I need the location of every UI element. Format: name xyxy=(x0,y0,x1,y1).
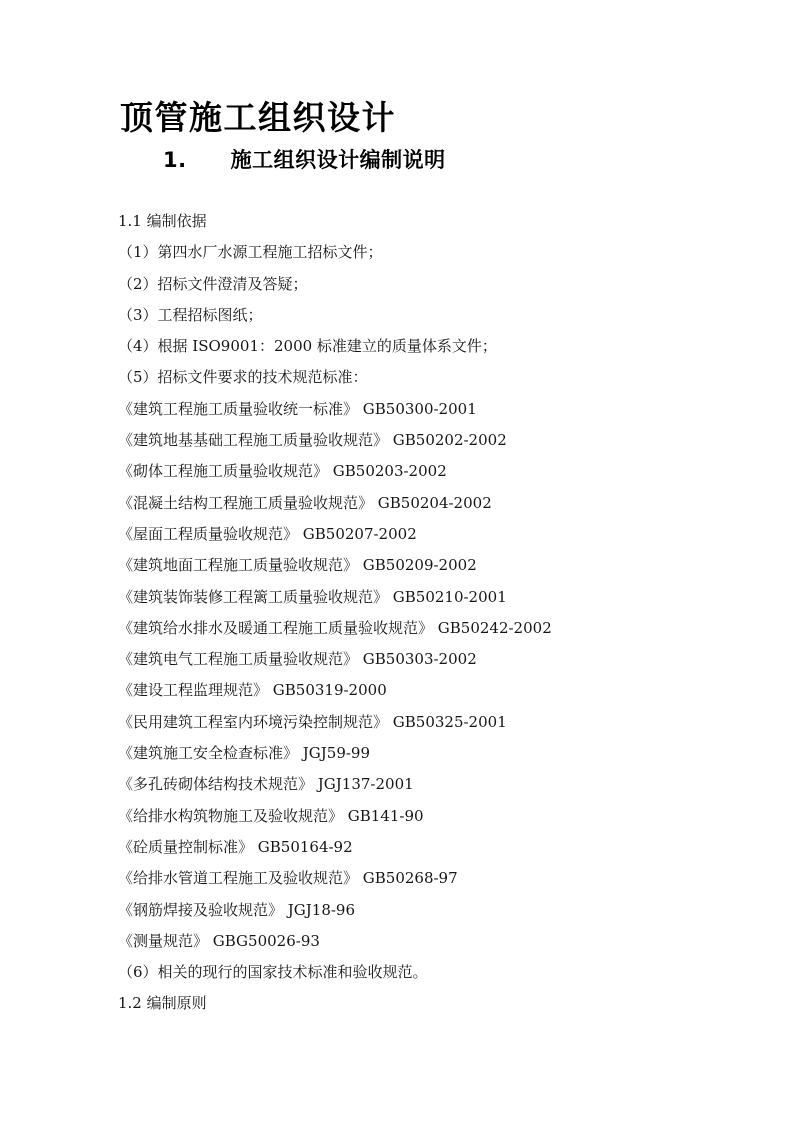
paragraph-line: 《屋面工程质量验收规范》 GB50207-2002 xyxy=(118,519,552,550)
paragraph-line: 《建筑电气工程施工质量验收规范》 GB50303-2002 xyxy=(118,644,552,675)
paragraph-line: 《建设工程监理规范》 GB50319-2000 xyxy=(118,675,552,706)
document-page: 顶管施工组织设计 1.施工组织设计编制说明 1.1 编制依据（1）第四水厂水源工… xyxy=(0,0,793,1122)
section-heading-number: 1. xyxy=(163,148,187,172)
paragraph-line: 《测量规范》 GBG50026-93 xyxy=(118,926,552,957)
paragraph-line: 1.2 编制原则 xyxy=(118,988,552,1019)
document-title: 顶管施工组织设计 xyxy=(120,98,396,138)
paragraph-line: 《建筑给水排水及暖通工程施工质量验收规范》 GB50242-2002 xyxy=(118,613,552,644)
paragraph-line: 《多孔砖砌体结构技术规范》 JGJ137-2001 xyxy=(118,769,552,800)
paragraph-line: （1）第四水厂水源工程施工招标文件； xyxy=(118,237,552,268)
paragraph-line: 《给排水管道工程施工及验收规范》 GB50268-97 xyxy=(118,863,552,894)
paragraph-line: 《砼质量控制标准》 GB50164-92 xyxy=(118,832,552,863)
paragraph-line: （5）招标文件要求的技术规范标准： xyxy=(118,362,552,393)
paragraph-line: 《建筑装饰装修工程篱工质量验收规范》 GB50210-2001 xyxy=(118,582,552,613)
paragraph-line: 1.1 编制依据 xyxy=(118,206,552,237)
section-heading-label: 施工组织设计编制说明 xyxy=(231,148,446,172)
paragraph-line: 《建筑地基基础工程施工质量验收规范》 GB50202-2002 xyxy=(118,425,552,456)
paragraph-line: 《混凝土结构工程施工质量验收规范》 GB50204-2002 xyxy=(118,488,552,519)
paragraph-line: 《砌体工程施工质量验收规范》 GB50203-2002 xyxy=(118,456,552,487)
paragraph-line: 《建筑地面工程施工质量验收规范》 GB50209-2002 xyxy=(118,550,552,581)
paragraph-line: （6）相关的现行的国家技术标准和验收规范。 xyxy=(118,957,552,988)
section-heading: 1.施工组织设计编制说明 xyxy=(163,147,446,173)
paragraph-line: （4）根据 ISO9001：2000 标准建立的质量体系文件； xyxy=(118,331,552,362)
paragraph-line: 《民用建筑工程室内环境污染控制规范》 GB50325-2001 xyxy=(118,707,552,738)
document-body: 1.1 编制依据（1）第四水厂水源工程施工招标文件；（2）招标文件澄清及答疑；（… xyxy=(118,206,552,1020)
paragraph-line: 《给排水构筑物施工及验收规范》 GB141-90 xyxy=(118,801,552,832)
paragraph-line: （2）招标文件澄清及答疑； xyxy=(118,269,552,300)
paragraph-line: 《建筑施工安全检查标准》 JGJ59-99 xyxy=(118,738,552,769)
paragraph-line: 《钢筋焊接及验收规范》 JGJ18-96 xyxy=(118,895,552,926)
paragraph-line: 《建筑工程施工质量验收统一标准》 GB50300-2001 xyxy=(118,394,552,425)
paragraph-line: （3）工程招标图纸； xyxy=(118,300,552,331)
